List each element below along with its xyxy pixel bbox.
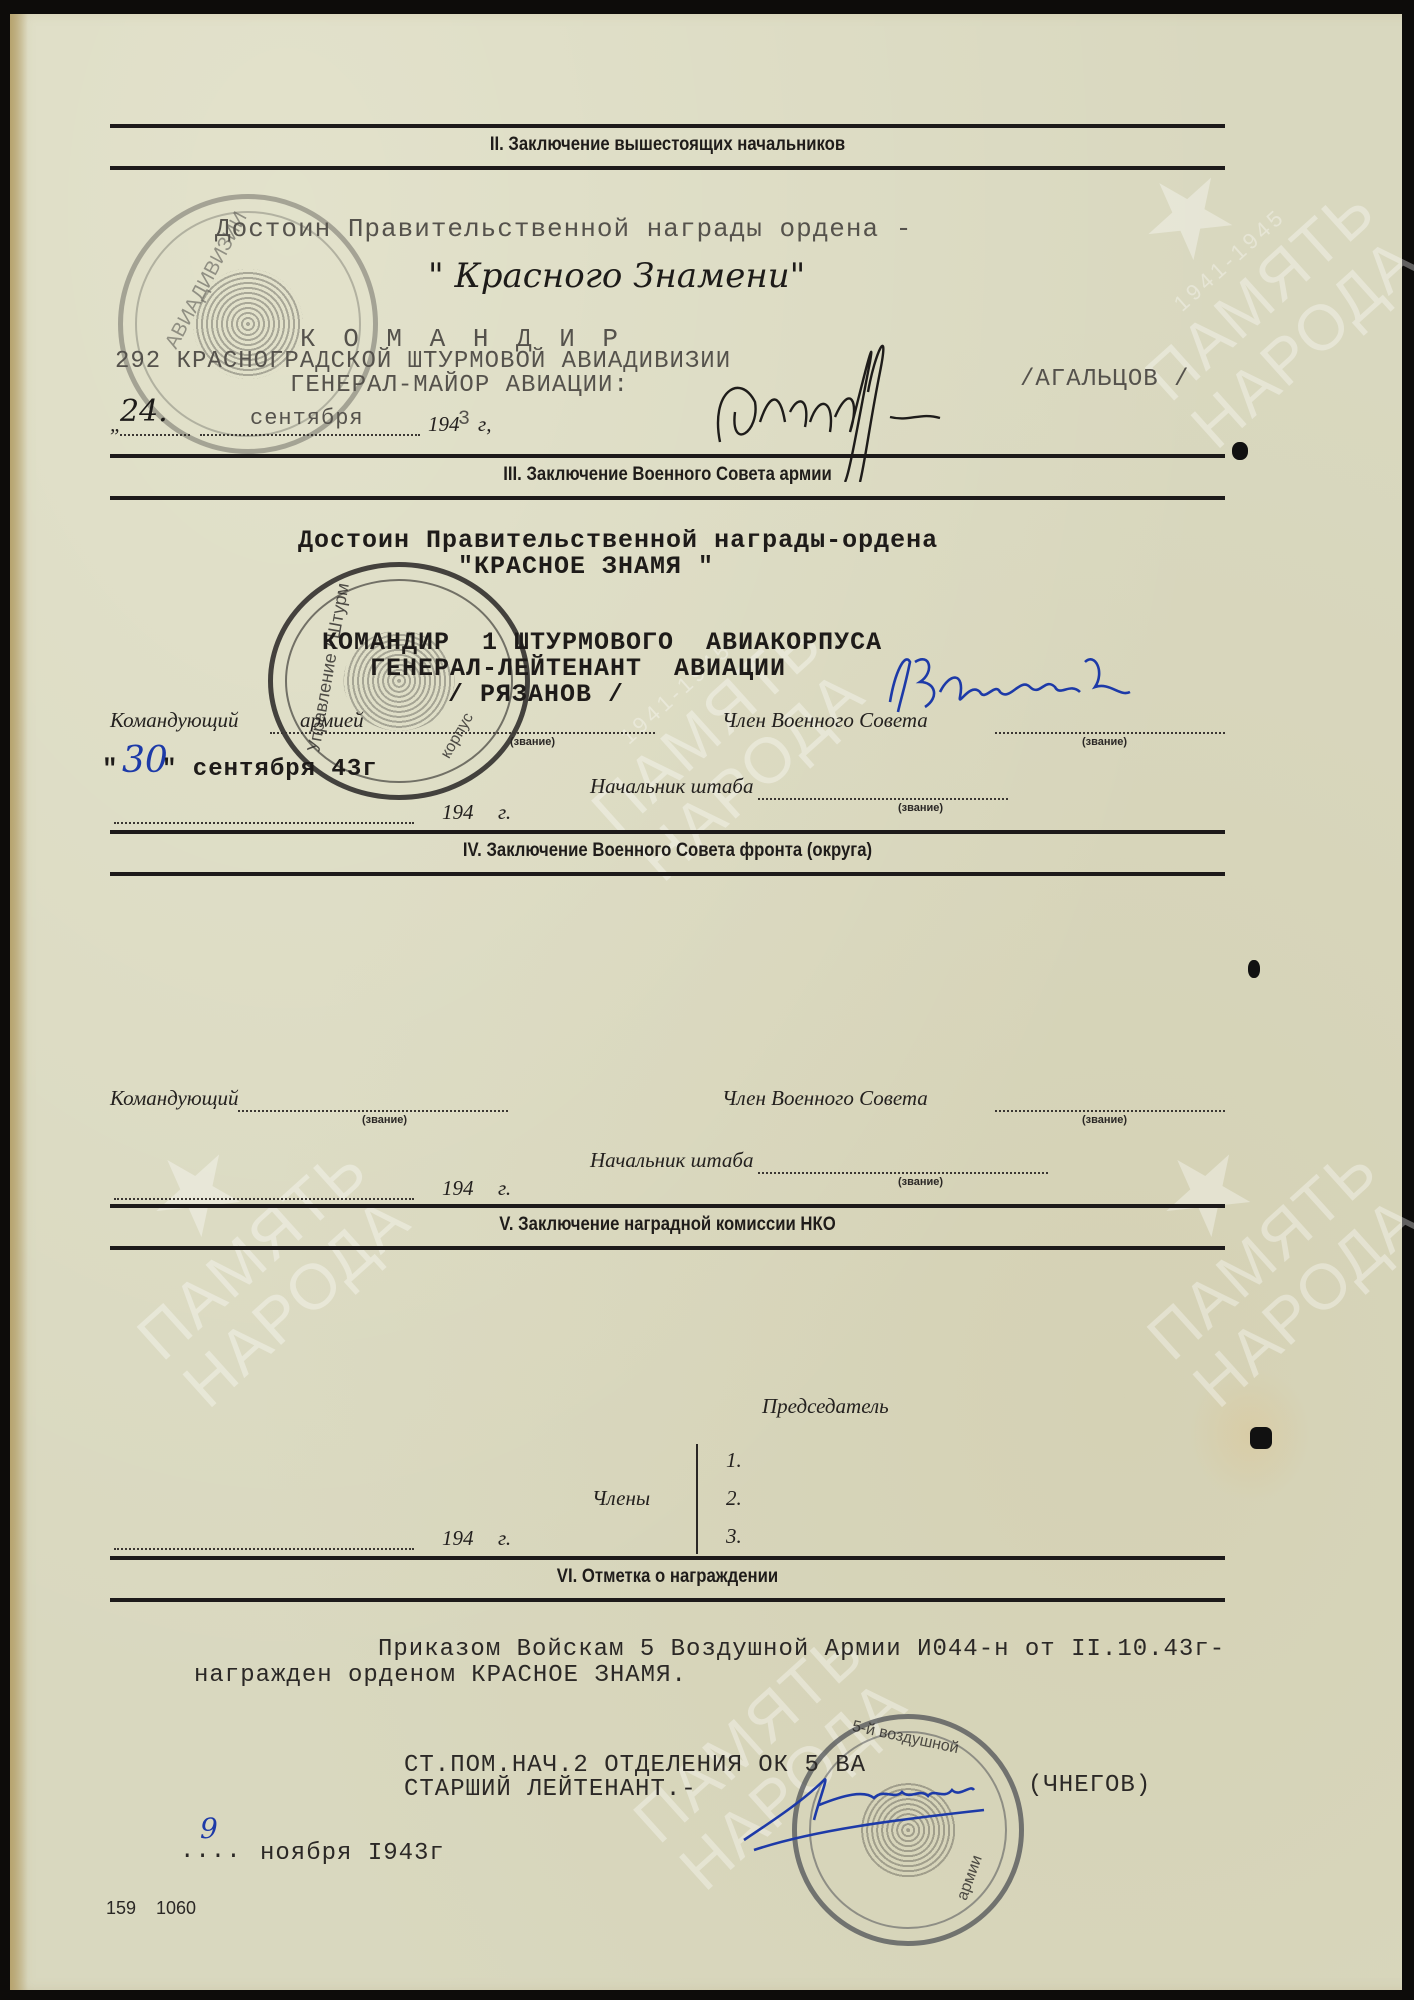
- rank-caption: (звание): [510, 736, 555, 748]
- section-divider: [110, 496, 1225, 500]
- printed-year-suffix: г.: [498, 800, 511, 825]
- rank-caption: (звание): [1082, 1114, 1127, 1126]
- section-5-title: V. Заключение наградной комиссии НКО: [177, 1214, 1158, 1236]
- typed-date-rest: ноября I943г: [260, 1840, 445, 1867]
- typed-date-month: сентября: [250, 406, 364, 431]
- commander-label: Командующий: [110, 1086, 239, 1111]
- members-label: Члены: [592, 1486, 650, 1511]
- chief-of-staff-label: Начальник штаба: [590, 774, 753, 799]
- section-divider: [110, 1556, 1225, 1560]
- aged-paper-edge: [10, 14, 28, 1990]
- award-name-typed: "КРАСНОЕ ЗНАМЯ ": [458, 552, 714, 581]
- award-sheet-page: ★ 1941-1945 ПАМЯТЬ НАРОДА 1941-1945 ПАМЯ…: [10, 14, 1402, 1990]
- printed-year-suffix: г.: [498, 1526, 511, 1551]
- handwritten-date-day: 24.: [120, 394, 168, 429]
- section-divider: [110, 454, 1225, 458]
- member-3: 3.: [726, 1524, 742, 1549]
- section-divider: [110, 1598, 1225, 1602]
- signatory-name: (ЧНЕГОВ): [1028, 1772, 1151, 1799]
- printed-year: 194: [442, 1176, 474, 1201]
- position-rank: ГЕНЕРАЛ-ЛЕЙТЕНАНТ АВИАЦИИ: [370, 654, 786, 683]
- star-icon: ★: [1050, 83, 1326, 346]
- signatory-name: /АГАЛЬЦОВ /: [1020, 366, 1189, 393]
- punch-hole: [1232, 442, 1248, 460]
- rank-caption: (звание): [362, 1114, 407, 1126]
- punch-hole: [1248, 960, 1260, 978]
- rank-caption: (звание): [898, 1176, 943, 1188]
- section-4-title: IV. Заключение Военного Совета фронта (о…: [177, 840, 1158, 862]
- star-icon: ★: [1069, 1060, 1345, 1323]
- handwritten-signature-blue: [734, 1760, 1024, 1860]
- council-member-label: Член Военного Совета: [722, 1086, 928, 1111]
- section-6-title: VI. Отметка о награждении: [177, 1566, 1158, 1588]
- position-rank: СТАРШИЙ ЛЕЙТЕНАНТ.-: [404, 1776, 697, 1803]
- member-2: 2.: [726, 1486, 742, 1511]
- commander-label: Командующий: [110, 708, 239, 733]
- typed-year-digit: 3: [458, 408, 471, 431]
- rank-caption: (звание): [1082, 736, 1127, 748]
- section-divider: [110, 872, 1225, 876]
- print-code: 1060: [156, 1898, 196, 1919]
- section-divider: [110, 830, 1225, 834]
- printed-year-suffix: г,: [478, 412, 491, 437]
- section-divider: [110, 166, 1225, 170]
- printed-year-suffix: г.: [498, 1176, 511, 1201]
- printed-year: 194: [442, 800, 474, 825]
- section-divider: [110, 1246, 1225, 1250]
- section-divider: [110, 1204, 1225, 1208]
- section-divider: [110, 124, 1225, 128]
- award-recommendation-text: Достоин Правительственной награды ордена…: [215, 214, 912, 244]
- typed-date-rest: " сентября 43г: [162, 756, 378, 783]
- chairman-label: Председатель: [762, 1394, 889, 1419]
- army-label: армией: [300, 708, 364, 733]
- section-2-title: II. Заключение вышестоящих начальников: [177, 134, 1158, 156]
- handwritten-date-day: 9: [200, 1812, 218, 1845]
- signatory-name: / РЯЗАНОВ /: [448, 680, 624, 709]
- position-title: КОМАНДИР 1 ШТУРМОВОГО АВИАКОРПУСА: [322, 628, 882, 657]
- typed-date-quote: ": [102, 754, 119, 784]
- award-recommendation-text: Достоин Правительственной награды-ордена: [298, 526, 938, 555]
- position-rank: ГЕНЕРАЛ-МАЙОР АВИАЦИИ:: [290, 372, 629, 399]
- printed-year: 194: [428, 412, 460, 437]
- chief-of-staff-label: Начальник штаба: [590, 1148, 753, 1173]
- rank-caption: (звание): [898, 802, 943, 814]
- position-unit: 292 КРАСНОГРАДСКОЙ ШТУРМОВОЙ АВИАДИВИЗИИ: [115, 348, 731, 375]
- section-3-title: III. Заключение Военного Совета армии: [177, 464, 1158, 486]
- print-code: 159: [106, 1898, 136, 1919]
- award-order-text-2: награжден орденом КРАСНОЕ ЗНАМЯ.: [194, 1662, 687, 1689]
- member-1: 1.: [726, 1448, 742, 1473]
- council-member-label: Член Военного Совета: [722, 708, 928, 733]
- handwritten-signature: [700, 332, 1000, 482]
- printed-year: 194: [442, 1526, 474, 1551]
- handwritten-award-name: " Красного Знамени": [428, 256, 805, 296]
- punch-hole: [1250, 1427, 1272, 1449]
- members-brace: [696, 1444, 712, 1554]
- handwritten-date-day: 30: [122, 740, 168, 781]
- award-order-text: Приказом Войскам 5 Воздушной Армии И044-…: [378, 1636, 1225, 1663]
